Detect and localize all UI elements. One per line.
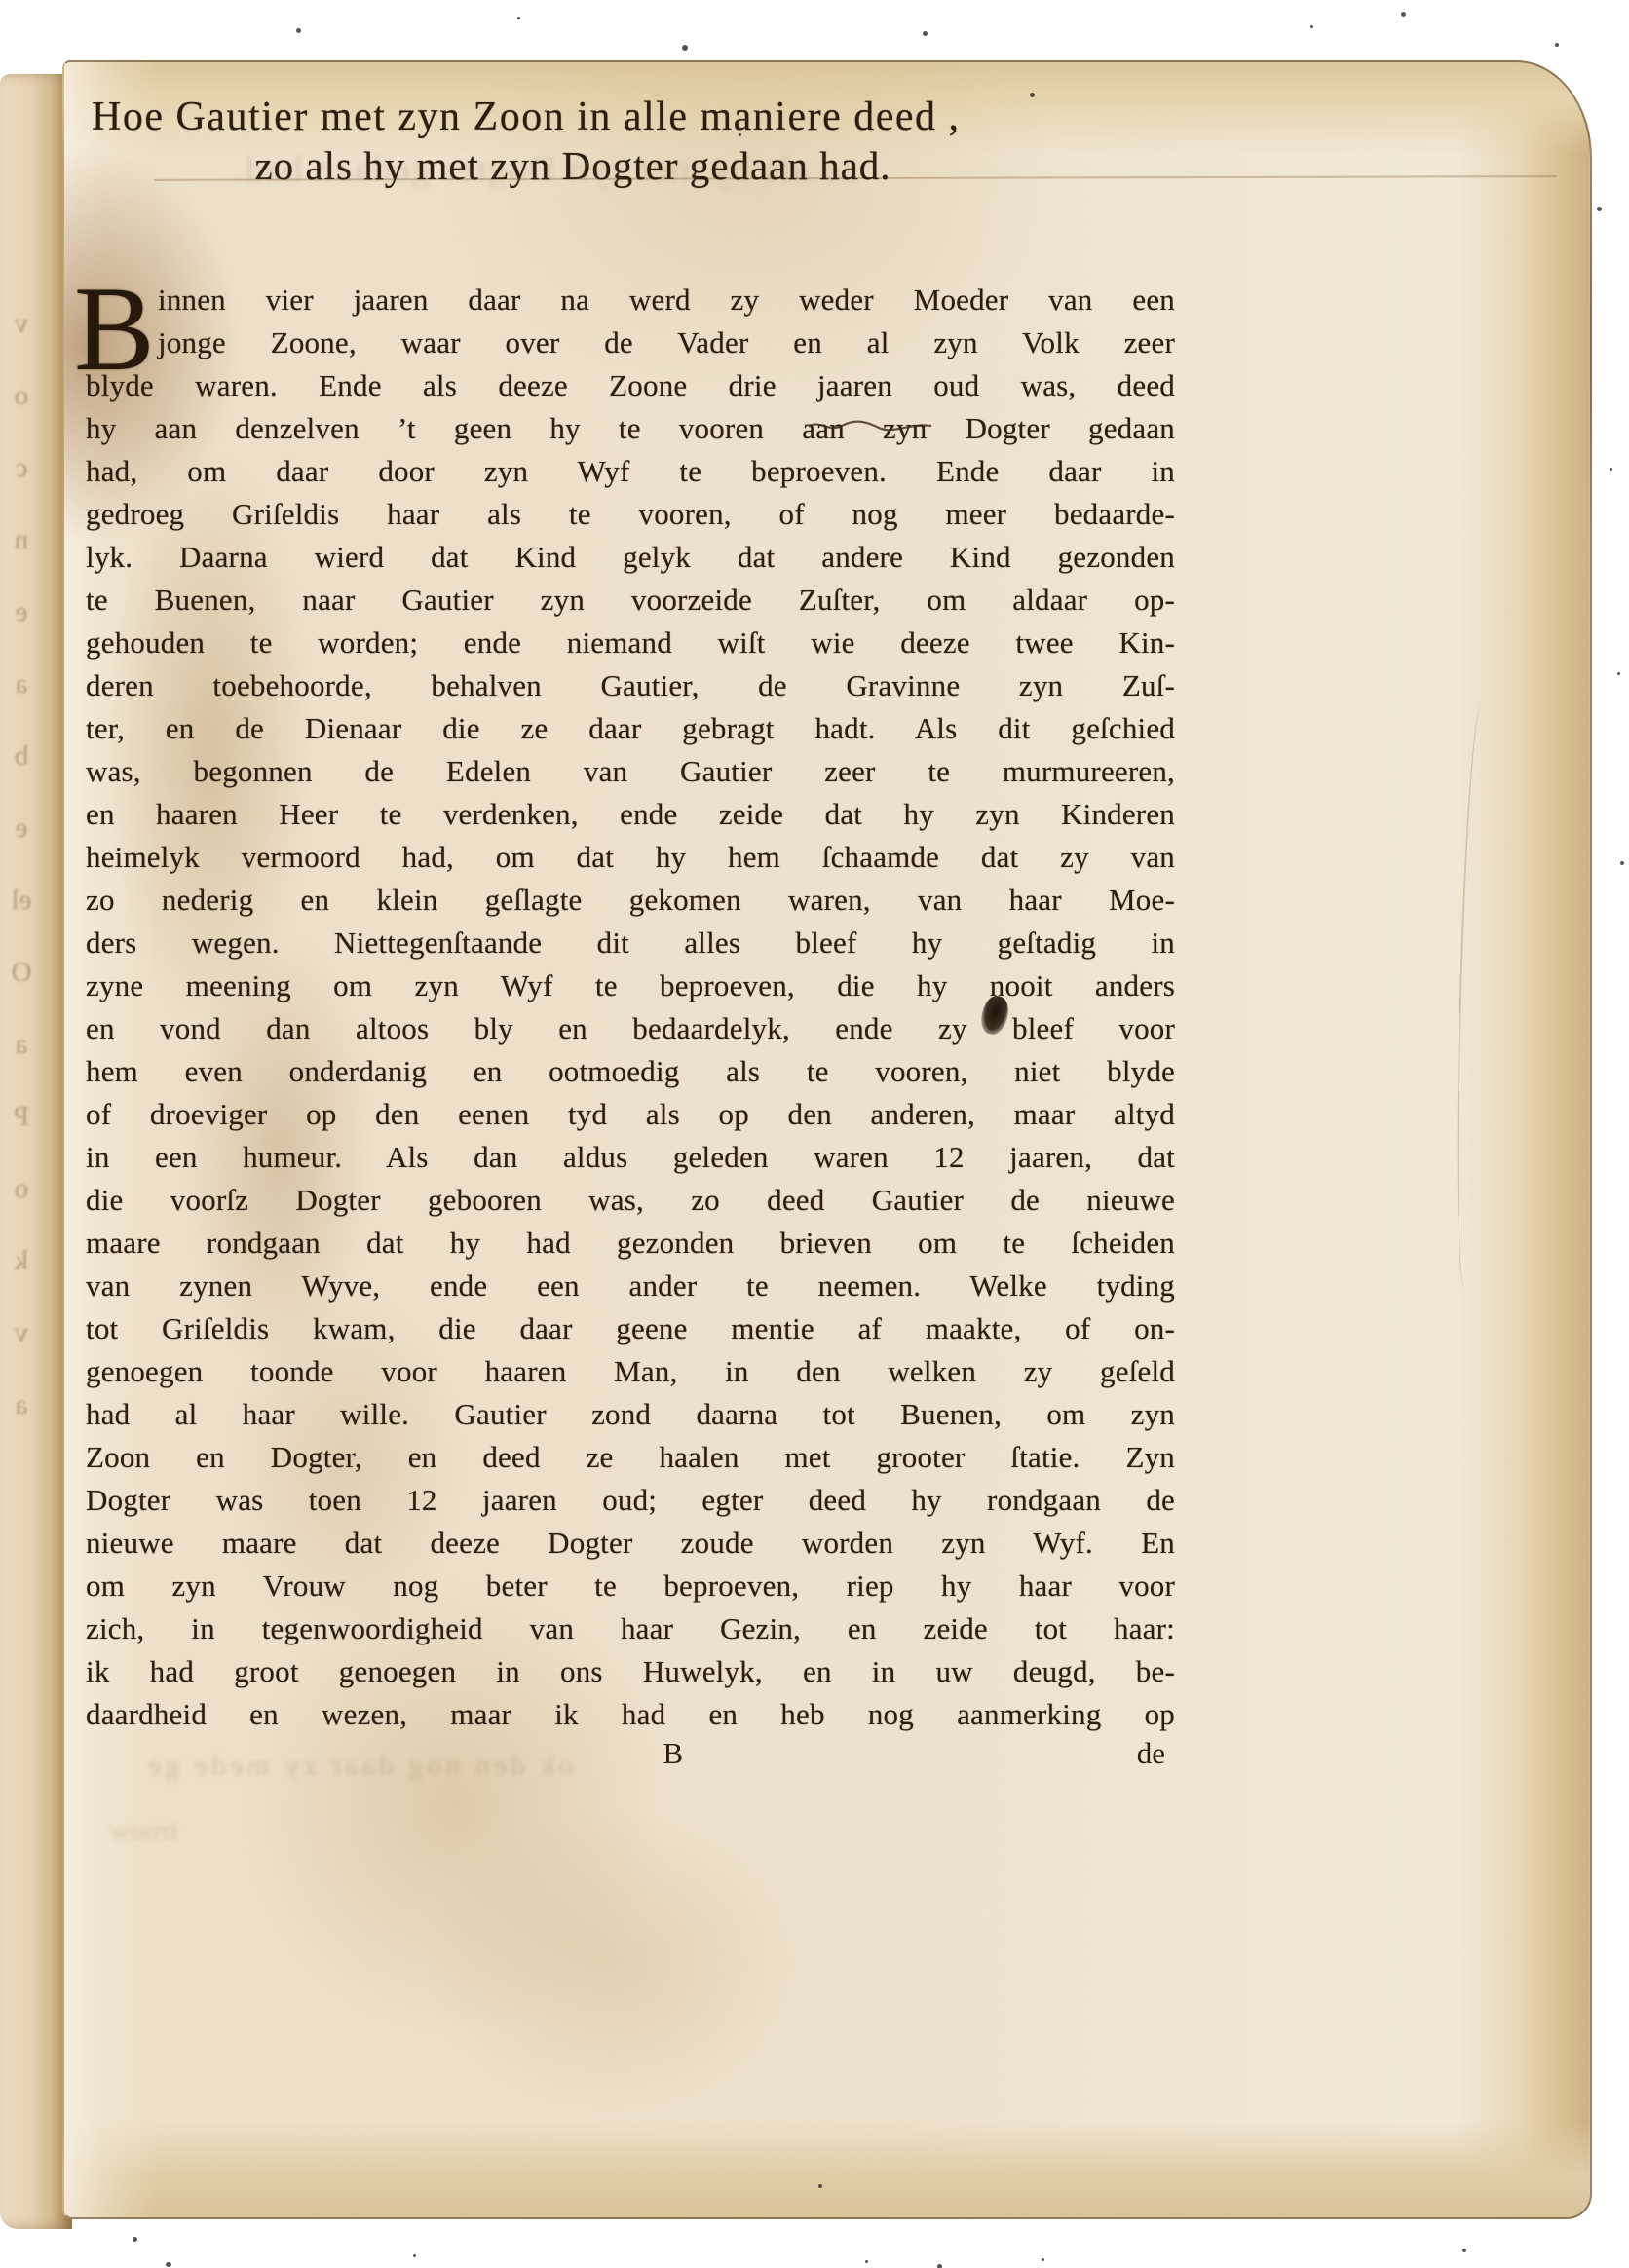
facing-page-edge: vocneabeelOaPokva: [0, 74, 72, 2229]
paper-crease: [1452, 705, 1482, 1290]
dust-speck: [1620, 861, 1624, 865]
body-line: ter, en de Dienaar die ze daar gebragt h…: [86, 707, 1175, 750]
dust-speck: [1597, 207, 1602, 211]
body-paragraph: B innen vier jaaren daar na werd zy wede…: [86, 279, 1175, 1779]
body-line: ik had groot genoegen in ons Huwelyk, en…: [86, 1650, 1175, 1693]
body-line: jonge Zoone, waar over de Vader en al zy…: [86, 321, 1175, 364]
ink-squiggle: [807, 417, 933, 435]
book-page-scan: vocneabeelOaPokva zo als hy met zyn Dogt…: [0, 0, 1629, 2268]
body-line: en haaren Heer te verdenken, ende zeide …: [86, 793, 1175, 836]
body-line: of droeviger op den eenen tyd als op den…: [86, 1093, 1175, 1136]
body-line: daardheid en wezen, maar ik had en heb n…: [86, 1693, 1175, 1736]
facing-page-letter-fragment: v: [2, 1317, 41, 1349]
dust-speck: [682, 45, 688, 51]
showthrough-heading-ghost: zo als hy met zyn Dogter gedaan had.: [232, 148, 859, 191]
dust-speck: [865, 2260, 868, 2263]
body-line: was, begonnen de Edelen van Gautier zeer…: [86, 750, 1175, 793]
dust-speck: [1310, 25, 1313, 28]
dust-speck: [413, 2254, 416, 2257]
dust-speck: [923, 31, 928, 36]
facing-page-letter-fragment: o: [2, 1173, 41, 1205]
body-line: gehouden te worden; ende niemand wiſt wi…: [86, 622, 1175, 664]
body-line: innen vier jaaren daar na werd zy weder …: [86, 279, 1175, 321]
body-line: hy aan denzelven ’t geen hy te vooren aa…: [86, 407, 1175, 450]
facing-page-letter-fragment: a: [2, 668, 41, 700]
body-line: had, om daar door zyn Wyf te beproeven. …: [86, 450, 1175, 493]
body-line: genoegen toonde voor haaren Man, in den …: [86, 1350, 1175, 1393]
body-line: lyk. Daarna wierd dat Kind gelyk dat and…: [86, 536, 1175, 579]
drop-cap-initial: B: [74, 269, 155, 390]
body-line: te Buenen, naar Gautier zyn voorzeide Zu…: [86, 579, 1175, 622]
body-line: had al haar wille. Gautier zond daarna t…: [86, 1393, 1175, 1436]
dust-speck: [1042, 2258, 1044, 2261]
facing-page-letter-fragment: b: [2, 740, 41, 773]
catchword: de: [1137, 1736, 1165, 1771]
facing-page-letter-fragment: el: [2, 885, 41, 917]
facing-page-letter-fragment: c: [2, 452, 41, 484]
body-line: deren toebehoorde, behalven Gautier, de …: [86, 664, 1175, 707]
dust-speck: [133, 2237, 137, 2242]
text-column: zo als hy met zyn Dogter gedaan had. Hoe…: [86, 94, 1175, 1779]
dust-speck: [1030, 93, 1035, 97]
dust-speck: [1617, 672, 1620, 675]
body-line: ders wegen. Niettegenſtaande dit alles b…: [86, 922, 1175, 964]
dust-speck: [517, 17, 520, 19]
dust-speck: [937, 2264, 942, 2268]
body-line: Zoon en Dogter, en deed ze haalen met gr…: [86, 1436, 1175, 1479]
gathering-signature: B: [663, 1736, 684, 1771]
body-line: zo nederig en klein geſlagte gekomen war…: [86, 879, 1175, 922]
body-line: die voorſz Dogter gebooren was, zo deed …: [86, 1179, 1175, 1222]
facing-page-letter-fragment: o: [2, 380, 41, 412]
body-line: maare rondgaan dat hy had gezonden briev…: [86, 1222, 1175, 1265]
body-line: tot Griſeldis kwam, die daar geene menti…: [86, 1307, 1175, 1350]
showthrough-text-ghost: ok den nog daar zy mede ge: [144, 1750, 574, 1783]
dust-speck: [818, 2184, 822, 2188]
facing-page-letter-fragment: a: [2, 1389, 41, 1421]
body-line: gedroeg Griſeldis haar als te vooren, of…: [86, 493, 1175, 536]
facing-page-letter-fragment: v: [2, 308, 41, 340]
dust-speck: [1401, 12, 1406, 17]
body-line: blyde waren. Ende als deeze Zoone drie j…: [86, 364, 1175, 407]
dust-speck: [166, 2262, 171, 2267]
body-line: in een humeur. Als dan aldus geleden war…: [86, 1136, 1175, 1179]
body-line: zich, in tegenwoordigheid van haar Gezin…: [86, 1607, 1175, 1650]
facing-page-letter-fragment: O: [2, 957, 41, 989]
facing-page-letter-fragment: P: [2, 1101, 41, 1133]
showthrough-text-ghost-2: trouw: [109, 1814, 177, 1847]
dust-speck: [1462, 2249, 1466, 2252]
facing-page-letter-fragment: k: [2, 1245, 41, 1277]
body-line: en vond dan altoos bly en bedaardelyk, e…: [86, 1007, 1175, 1050]
body-line: hem even onderdanig en ootmoedig als te …: [86, 1050, 1175, 1093]
facing-page-letter-fragment: n: [2, 524, 41, 556]
chapter-heading-line1: Hoe Gautier met zyn Zoon in alle maniere…: [86, 94, 1175, 140]
body-line: van zynen Wyve, ende een ander te neemen…: [86, 1265, 1175, 1307]
body-line: heimelyk vermoord had, om dat hy hem ſch…: [86, 836, 1175, 879]
dust-speck: [296, 28, 301, 33]
facing-page-letter-fragment: e: [2, 596, 41, 628]
body-line: zyne meening om zyn Wyf te beproeven, di…: [86, 964, 1175, 1007]
dust-speck: [739, 133, 741, 136]
body-line: om zyn Vrouw nog beter te beproeven, rie…: [86, 1565, 1175, 1607]
body-line: Dogter was toen 12 jaaren oud; egter dee…: [86, 1479, 1175, 1522]
body-line: nieuwe maare dat deeze Dogter zoude word…: [86, 1522, 1175, 1565]
dust-speck: [1610, 468, 1612, 471]
dust-speck: [1555, 43, 1559, 47]
facing-page-letter-fragment: a: [2, 1029, 41, 1061]
facing-page-letter-fragment: e: [2, 813, 41, 845]
